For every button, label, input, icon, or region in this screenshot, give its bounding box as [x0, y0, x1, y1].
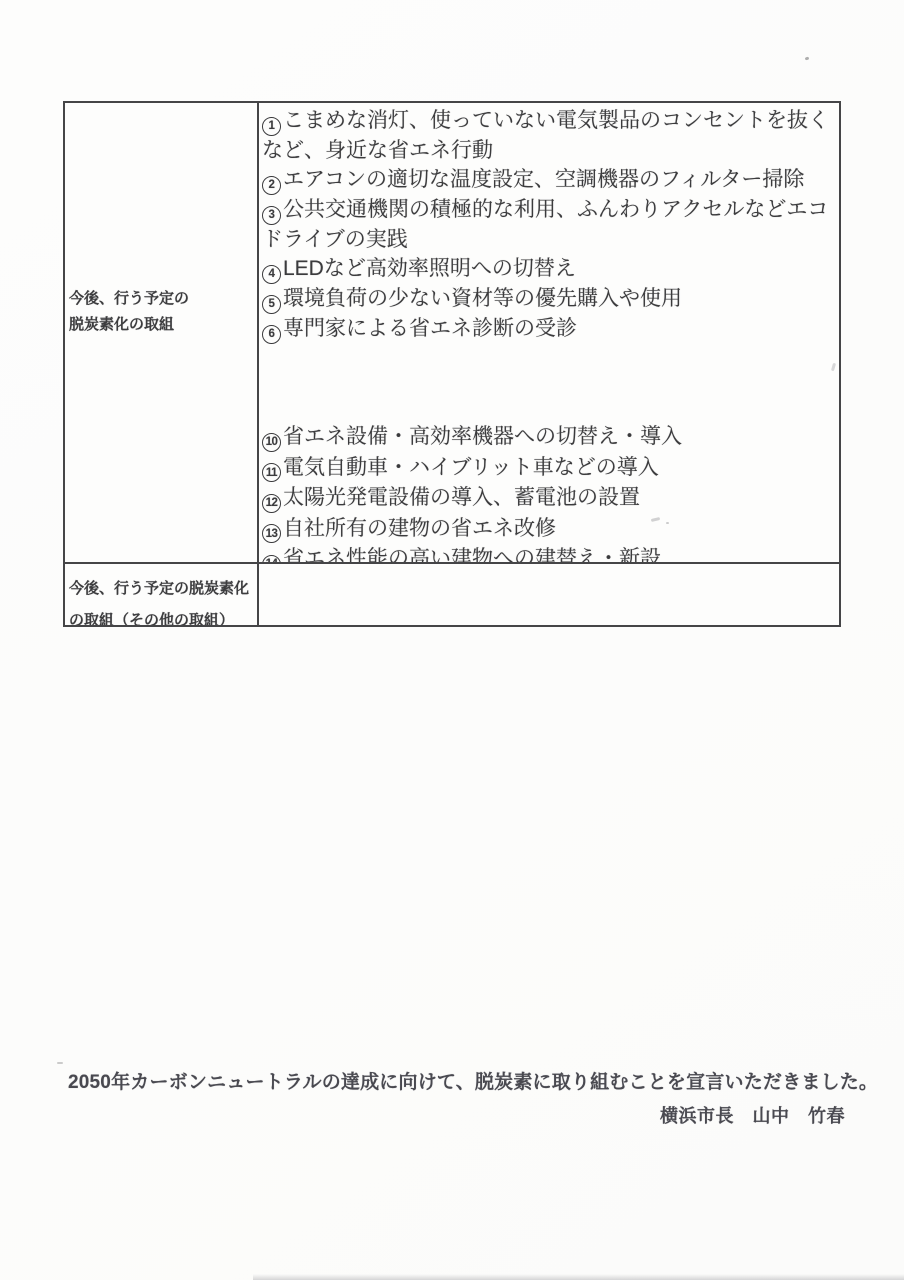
initiative-item-10: 10省エネ設備・高効率機器への切替え・導入	[262, 423, 835, 452]
initiative-text: エアコンの適切な温度設定、空調機器のフィルター掃除	[283, 168, 804, 191]
initiative-item-12: 12太陽光発電設備の導入、蓄電池の設置	[262, 484, 835, 513]
initiative-text: 環境負荷の少ない資材等の優先購入や使用	[283, 287, 682, 310]
decarbonization-initiatives-table: 今後、行う予定の 脱炭素化の取組 1こまめな消灯、使っていない電気製品のコンセン…	[63, 101, 841, 627]
initiative-text: 電気自動車・ハイブリット車などの導入	[283, 456, 659, 479]
circled-number: 12	[262, 494, 281, 513]
other-initiatives-header: 今後、行う予定の脱炭素化 の取組（その他の取組）	[65, 564, 257, 625]
mayor-signature: 横浜市長 山中 竹春	[660, 1102, 845, 1128]
initiative-item-11: 11電気自動車・ハイブリット車などの導入	[262, 454, 835, 483]
initiative-item-14: 14省エネ性能の高い建物への建替え・新設	[262, 545, 835, 564]
other-initiatives-empty-cell	[259, 564, 839, 625]
initiative-item-5: 5環境負荷の少ない資材等の優先購入や使用	[262, 284, 835, 314]
circled-number: 1	[262, 117, 281, 136]
other-initiatives-header-cell: 今後、行う予定の脱炭素化 の取組（その他の取組）	[65, 564, 259, 625]
initiative-text: 自社所有の建物の省エネ改修	[283, 517, 556, 540]
initiative-item-2: 2エアコンの適切な温度設定、空調機器のフィルター掃除	[262, 165, 835, 195]
circled-number: 4	[262, 265, 281, 284]
planned-initiatives-header-cell: 今後、行う予定の 脱炭素化の取組	[65, 103, 259, 564]
circled-number: 10	[262, 433, 281, 452]
initiative-text: 公共交通機関の積極的な利用、ふんわりアクセルなどエコ ドライブの実践	[262, 198, 828, 251]
circled-number: 11	[262, 463, 281, 482]
initiative-text: こまめな消灯、使っていない電気製品のコンセントを抜く など、身近な省エネ行動	[262, 109, 829, 162]
initiative-item-4: 4LEDなど高効率照明への切替え	[262, 254, 835, 284]
circled-number: 6	[262, 325, 281, 344]
circled-number: 3	[262, 206, 281, 225]
initiative-text: 専門家による省エネ診断の受診	[283, 317, 577, 340]
circled-number: 5	[262, 295, 281, 314]
initiative-text: LEDなど高効率照明への切替え	[283, 257, 576, 280]
initiative-item-3: 3公共交通機関の積極的な利用、ふんわりアクセルなどエコ ドライブの実践	[262, 195, 835, 254]
initiative-text: 太陽光発電設備の導入、蓄電池の設置	[283, 486, 640, 509]
scan-speck	[57, 1062, 63, 1064]
circled-number: 13	[262, 524, 281, 543]
planned-initiatives-header: 今後、行う予定の 脱炭素化の取組	[69, 286, 189, 338]
declaration-statement: 2050年カーボンニュートラルの達成に向けて、脱炭素に取り組むことを宣言いただき…	[68, 1067, 878, 1094]
planned-initiatives-list-cell: 1こまめな消灯、使っていない電気製品のコンセントを抜く など、身近な省エネ行動 …	[259, 103, 839, 564]
scan-bottom-edge-shadow	[253, 1274, 904, 1280]
circled-number: 2	[262, 176, 281, 195]
initiative-item-6: 6専門家による省エネ診断の受診	[262, 314, 835, 344]
scanned-declaration-page: 今後、行う予定の 脱炭素化の取組 1こまめな消灯、使っていない電気製品のコンセン…	[0, 0, 904, 1280]
scan-speck	[805, 56, 810, 60]
initiative-item-13: 13自社所有の建物の省エネ改修	[262, 515, 835, 544]
initiative-text: 省エネ性能の高い建物への建替え・新設	[283, 547, 661, 564]
initiative-item-1: 1こまめな消灯、使っていない電気製品のコンセントを抜く など、身近な省エネ行動	[262, 106, 835, 165]
initiative-text: 省エネ設備・高効率機器への切替え・導入	[283, 425, 682, 448]
circled-number: 14	[262, 555, 281, 565]
